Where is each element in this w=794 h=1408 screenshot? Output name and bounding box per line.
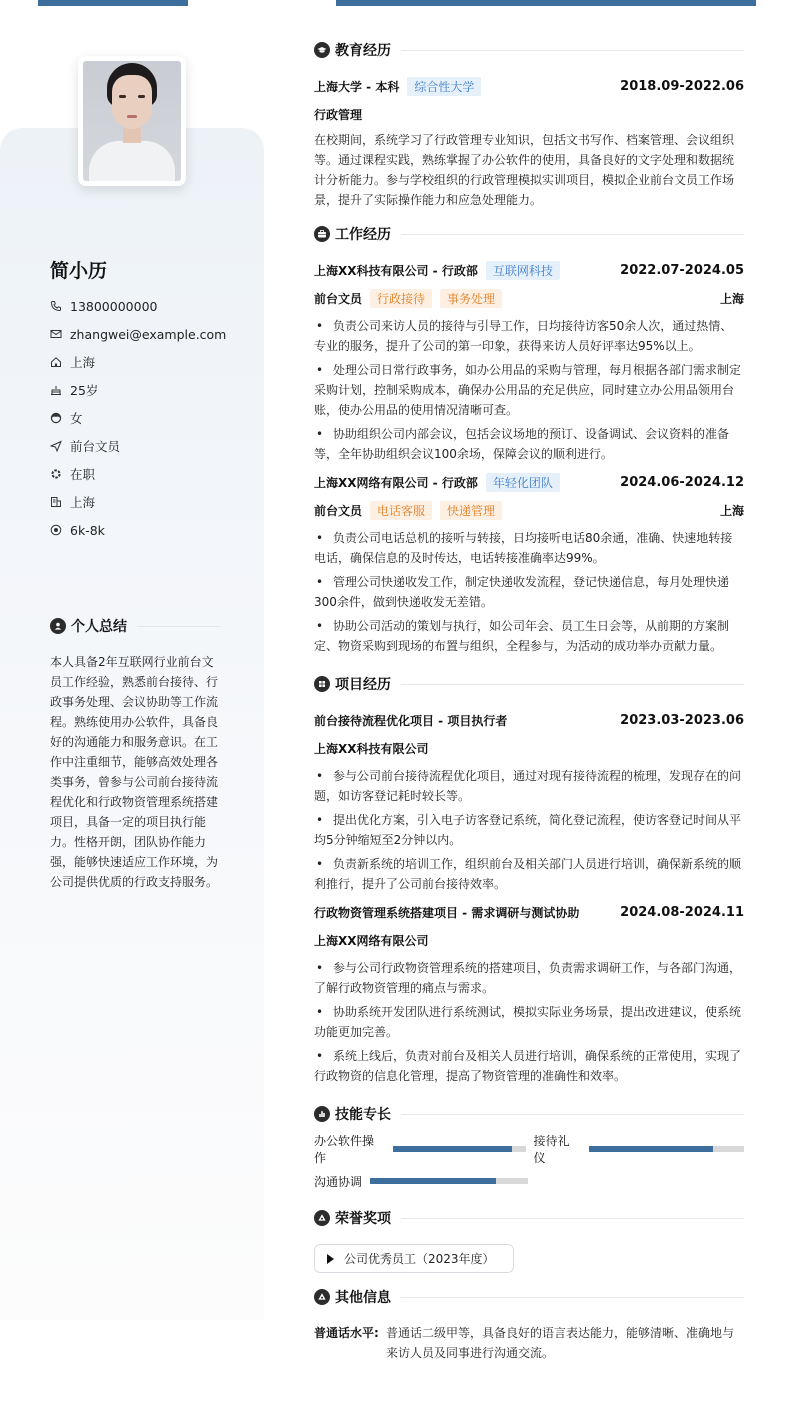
bullet-item: 系统上线后，负责对前台及相关人员进行培训，确保系统的正常使用，实现了行政物资的信… [314, 1046, 744, 1086]
bullet-item: 参与公司行政物资管理系统的搭建项目，负责需求调研工作，与各部门沟通，了解行政物资… [314, 958, 744, 998]
info-status: 在职 [50, 460, 226, 488]
other-info-key: 普通话水平: [314, 1323, 386, 1363]
education-header: 教育经历 [314, 38, 744, 62]
skill-bar [589, 1146, 744, 1152]
project-entry: 行政物资管理系统搭建项目 - 需求调研与测试协助 2024.08-2024.11… [314, 898, 744, 1086]
bullet-item: 协助系统开发团队进行系统测试，模拟实际业务场景，提出改进建议，使系统功能更加完善… [314, 1002, 744, 1042]
education-date: 2018.09-2022.06 [620, 79, 744, 94]
info-icon [314, 1289, 330, 1305]
skills-row: 沟通协调 [314, 1166, 744, 1196]
info-email: zhangwei@example.com [50, 320, 226, 348]
salary-icon [50, 524, 62, 536]
bullet-item: 负责公司电话总机的接听与转接，日均接听电话80余通，准确、快速地转接电话，确保信… [314, 528, 744, 568]
info-city: 上海 [50, 488, 226, 516]
skill-tag: 行政接待 [370, 289, 432, 308]
bullet-item: 协助公司活动的策划与执行，如公司年会、员工生日会等，从前期的方案制定、物资采购到… [314, 616, 744, 656]
school-tag: 综合性大学 [407, 77, 481, 96]
major: 行政管理 [314, 106, 362, 123]
info-phone: 13800000000 [50, 292, 226, 320]
building-icon [50, 496, 62, 508]
main-content: 教育经历 上海大学 - 本科 综合性大学 2018.09-2022.06 行政管… [314, 38, 744, 1363]
award-icon [314, 1210, 330, 1226]
summary-text: 本人具备2年互联网行业前台文员工作经验，熟悉前台接待、行政事务处理、会议协助等工… [50, 652, 218, 892]
bullet-item: 参与公司前台接待流程优化项目，通过对现有接待流程的梳理，发现存在的问题，如访客登… [314, 766, 744, 806]
top-accent-bar-left [38, 0, 188, 6]
phone-icon [50, 300, 62, 312]
award-item[interactable]: 公司优秀员工（2023年度） [314, 1244, 514, 1273]
skill-item: 接待礼仪 [534, 1132, 745, 1166]
skill-bar-fill [393, 1146, 512, 1152]
company-tag: 年轻化团队 [486, 473, 560, 492]
work-header: 工作经历 [314, 222, 744, 246]
major-row: 行政管理 [314, 100, 744, 128]
job-city: 上海 [720, 290, 744, 307]
avatar [78, 56, 186, 186]
awards-header: 荣誉奖项 [314, 1206, 744, 1230]
job-date: 2022.07-2024.05 [620, 263, 744, 278]
project-company: 上海XX科技有限公司 [314, 740, 429, 757]
job-bullets: 负责公司来访人员的接待与引导工作，日均接待访客50余人次，通过热情、专业的服务，… [314, 316, 744, 464]
project-name: 行政物资管理系统搭建项目 - 需求调研与测试协助 [314, 904, 579, 921]
grid-icon [314, 676, 330, 692]
top-accent-bar-right [336, 0, 756, 6]
skill-tag: 事务处理 [440, 289, 502, 308]
education-description: 在校期间，系统学习了行政管理专业知识，包括文书写作、档案管理、会议组织等。通过课… [314, 130, 744, 210]
info-location: 上海 [50, 348, 226, 376]
mail-icon [50, 328, 62, 340]
project-company: 上海XX网络有限公司 [314, 932, 429, 949]
summary-header: 个人总结 [50, 616, 220, 636]
skill-bar-fill [589, 1146, 713, 1152]
info-gender: 女 [50, 404, 226, 432]
job-bullets: 负责公司电话总机的接听与转接，日均接听电话80余通，准确、快速地转接电话，确保信… [314, 528, 744, 656]
other-info-value: 普通话二级甲等，具备良好的语言表达能力，能够清晰、准确地与来访人员及同事进行沟通… [386, 1323, 744, 1363]
skills-header: 技能专长 [314, 1102, 744, 1126]
school-name: 上海大学 - 本科 [314, 78, 399, 95]
other-header: 其他信息 [314, 1285, 744, 1309]
project-date: 2024.08-2024.11 [620, 905, 744, 920]
bullet-item: 处理公司日常行政事务，如办公用品的采购与管理，每月根据各部门需求制定采购计划，控… [314, 360, 744, 420]
info-position: 前台文员 [50, 432, 226, 460]
skill-bar-fill [370, 1178, 496, 1184]
bullet-item: 负责新系统的培训工作，组织前台及相关部门人员进行培训，确保新系统的顺利推行，提升… [314, 854, 744, 894]
job-role: 前台文员 [314, 502, 362, 519]
skill-tag: 快递管理 [440, 501, 502, 520]
skill-item: 沟通协调 [314, 1173, 528, 1190]
info-age: 25岁 [50, 376, 226, 404]
contact-info-list: 13800000000 zhangwei@example.com 上海 25岁 … [50, 292, 226, 544]
bullet-item: 提出优化方案，引入电子访客登记系统，简化登记流程，使访客登记时间从平均5分钟缩短… [314, 810, 744, 850]
skill-tag: 电话客服 [370, 501, 432, 520]
job-date: 2024.06-2024.12 [620, 475, 744, 490]
skills-row: 办公软件操作 接待礼仪 [314, 1134, 744, 1164]
candidate-name: 简小历 [50, 256, 107, 283]
summary-title: 个人总结 [71, 616, 127, 636]
project-bullets: 参与公司行政物资管理系统的搭建项目，负责需求调研工作，与各部门沟通，了解行政物资… [314, 958, 744, 1086]
project-entry: 前台接待流程优化项目 - 项目执行者 2023.03-2023.06 上海XX科… [314, 706, 744, 894]
skill-item: 办公软件操作 [314, 1132, 526, 1166]
bullet-item: 负责公司来访人员的接待与引导工作，日均接待访客50余人次，通过热情、专业的服务，… [314, 316, 744, 356]
job-city: 上海 [720, 502, 744, 519]
job-role: 前台文员 [314, 290, 362, 307]
triangle-right-icon [327, 1254, 334, 1264]
project-date: 2023.03-2023.06 [620, 713, 744, 728]
send-icon [50, 440, 62, 452]
project-name: 前台接待流程优化项目 - 项目执行者 [314, 712, 507, 729]
other-info-row: 普通话水平: 普通话二级甲等，具备良好的语言表达能力，能够清晰、准确地与来访人员… [314, 1323, 744, 1363]
skill-bar [370, 1178, 528, 1184]
projects-header: 项目经历 [314, 672, 744, 696]
briefcase-icon [314, 226, 330, 242]
skill-label: 沟通协调 [314, 1173, 362, 1190]
skill-label: 办公软件操作 [314, 1132, 385, 1166]
project-bullets: 参与公司前台接待流程优化项目，通过对现有接待流程的梳理，发现存在的问题，如访客登… [314, 766, 744, 894]
company-tag: 互联网科技 [486, 261, 560, 280]
home-icon [50, 356, 62, 368]
bar-chart-icon [314, 1106, 330, 1122]
info-salary: 6k-8k [50, 516, 226, 544]
job-entry: 上海XX网络有限公司 - 行政部 年轻化团队 2024.06-2024.12 前… [314, 468, 744, 656]
divider [137, 626, 220, 627]
company-name: 上海XX网络有限公司 - 行政部 [314, 474, 478, 491]
gender-icon [50, 412, 62, 424]
bullet-item: 管理公司快递收发工作，制定快递收发流程，登记快递信息，每月处理快递300余件，做… [314, 572, 744, 612]
skill-bar [393, 1146, 525, 1152]
graduation-cap-icon [314, 42, 330, 58]
age-icon [50, 384, 62, 396]
user-circle-icon [50, 618, 66, 634]
skill-label: 接待礼仪 [534, 1132, 581, 1166]
status-icon [50, 468, 62, 480]
company-name: 上海XX科技有限公司 - 行政部 [314, 262, 478, 279]
job-entry: 上海XX科技有限公司 - 行政部 互联网科技 2022.07-2024.05 前… [314, 256, 744, 464]
education-row: 上海大学 - 本科 综合性大学 2018.09-2022.06 [314, 72, 744, 100]
avatar-photo [83, 61, 181, 181]
bullet-item: 协助组织公司内部会议，包括会议场地的预订、设备调试、会议资料的准备等，全年协助组… [314, 424, 744, 464]
